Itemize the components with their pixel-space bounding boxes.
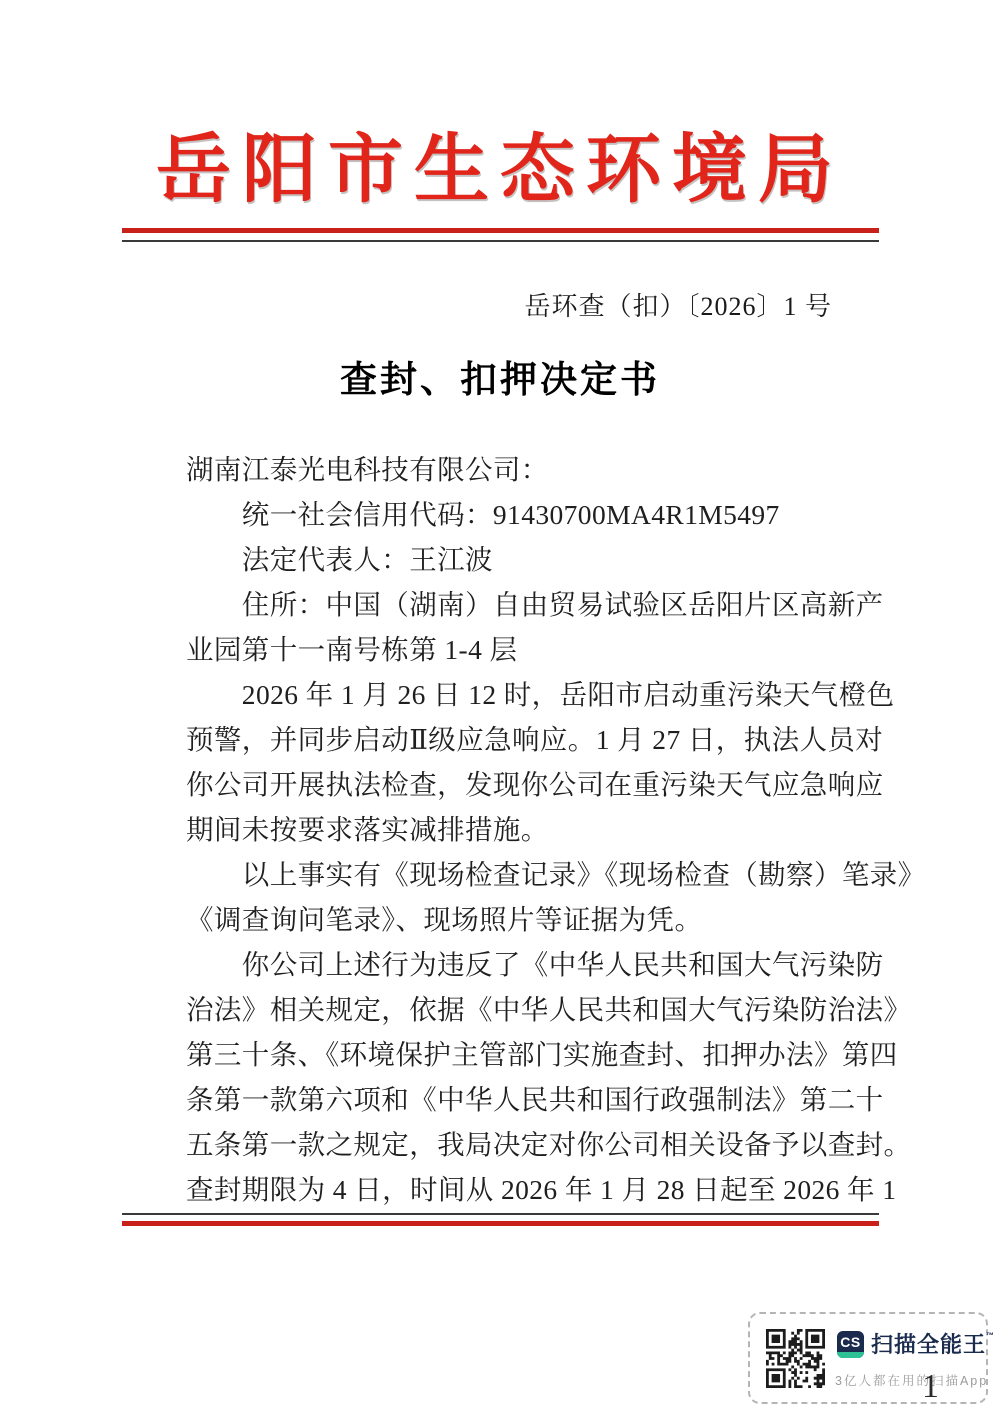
camscanner-watermark: CS 扫描全能王™ 3亿人都在用的扫描App [748, 1312, 988, 1404]
body-line: 查封期限为 4 日，时间从 2026 年 1 月 28 日起至 2026 年 1 [186, 1170, 862, 1215]
doc-number: 岳环查（扣）〔2026〕1 号 [524, 286, 832, 323]
cs-logo-letters: CS [837, 1332, 864, 1353]
document-page: 岳阳市生态环境局 岳环查（扣）〔2026〕1 号 查封、扣押决定书 湖南江泰光电… [0, 0, 1000, 1415]
body-line: 以上事实有《现场检查记录》《现场检查（勘察）笔录》 [186, 855, 862, 900]
trademark-symbol: ™ [986, 1331, 995, 1340]
agency-name: 岳阳市生态环境局 [0, 128, 1000, 214]
page-number: 1 [922, 1368, 939, 1406]
header-rule-red [122, 228, 879, 233]
body-line: 你公司开展执法检查，发现你公司在重污染天气应急响应 [186, 765, 862, 810]
body-line: 住所：中国（湖南）自由贸易试验区岳阳片区高新产 [186, 585, 862, 630]
app-name: 扫描全能王™ [871, 1331, 995, 1358]
body-line: 湖南江泰光电科技有限公司： [186, 450, 862, 495]
body-line: 预警，并同步启动Ⅱ级应急响应。1 月 27 日，执法人员对 [186, 720, 862, 765]
document-body: 湖南江泰光电科技有限公司： 统一社会信用代码：91430700MA4R1M549… [186, 450, 862, 1215]
body-line: 2026 年 1 月 26 日 12 时，岳阳市启动重污染天气橙色 [186, 675, 862, 720]
body-line: 你公司上述行为违反了《中华人民共和国大气污染防 [186, 945, 862, 990]
body-line: 治法》相关规定，依据《中华人民共和国大气污染防治法》 [186, 990, 862, 1035]
body-line: 第三十条、《环境保护主管部门实施查封、扣押办法》第四 [186, 1035, 862, 1080]
body-line: 五条第一款之规定，我局决定对你公司相关设备予以查封。 [186, 1125, 862, 1170]
qr-code-icon [766, 1329, 825, 1388]
footer-rule-red [122, 1221, 879, 1226]
header-rule-dark [122, 240, 879, 242]
app-name-text: 扫描全能王 [871, 1332, 986, 1357]
body-line: 条第一款第六项和《中华人民共和国行政强制法》第二十 [186, 1080, 862, 1125]
app-tagline: 3亿人都在用的扫描App [835, 1371, 988, 1389]
page-title: 查封、扣押决定书 [0, 349, 1000, 403]
body-line: 《调查询问笔录》、现场照片等证据为凭。 [186, 900, 862, 945]
body-line: 期间未按要求落实减排措施。 [186, 810, 862, 855]
camscanner-logo-icon: CS [837, 1331, 864, 1358]
body-line: 法定代表人：王江波 [186, 540, 862, 585]
body-line: 统一社会信用代码：91430700MA4R1M5497 [186, 495, 862, 540]
cs-logo-teal-strip [837, 1352, 864, 1358]
body-line: 业园第十一南号栋第 1-4 层 [186, 630, 862, 675]
footer-rule-dark [122, 1213, 879, 1215]
